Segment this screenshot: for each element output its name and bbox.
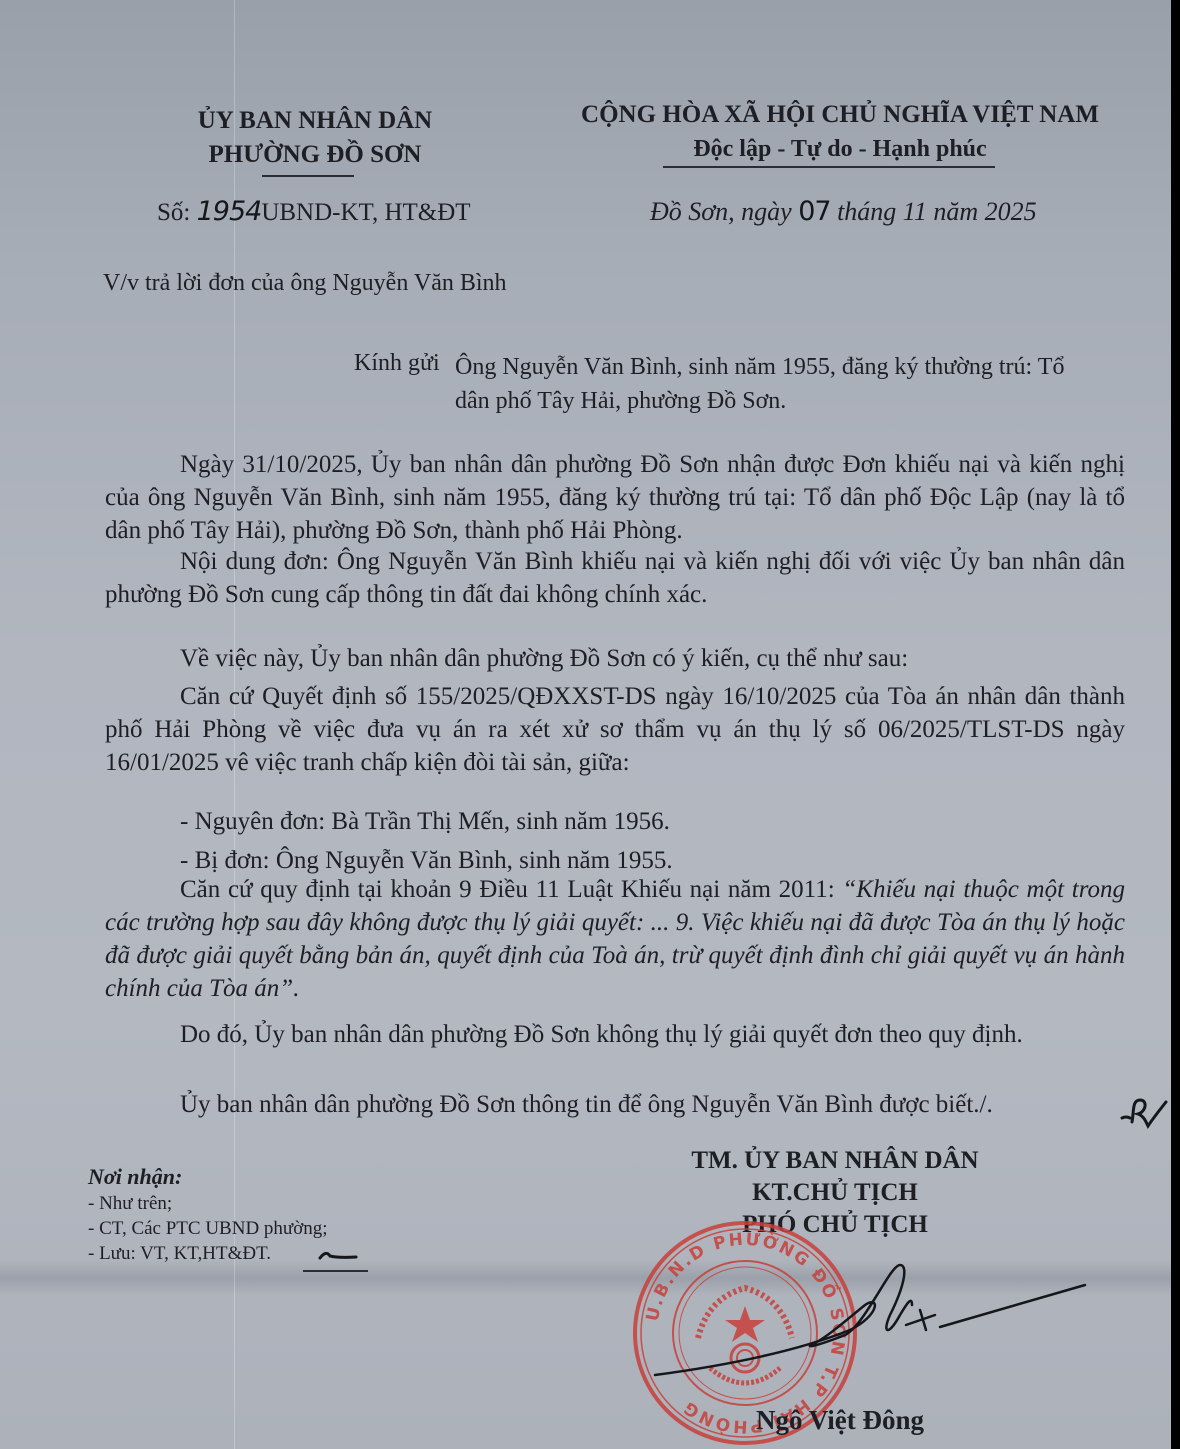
- receivers-title: Nơi nhận:: [88, 1163, 328, 1191]
- handwritten-mark-icon: [318, 1248, 358, 1262]
- subject-line: V/v trả lời đơn của ông Nguyễn Văn Bình: [103, 270, 507, 297]
- place-date-suffix: tháng 11 năm 2025: [831, 197, 1037, 226]
- nation-line-1: CỘNG HÒA XÃ HỘI CHỦ NGHĨA VIỆT NAM: [560, 98, 1120, 132]
- signer-name: Ngô Việt Đông: [700, 1405, 980, 1436]
- handwritten-signature-icon: [650, 1255, 1090, 1395]
- recipient-text: Ông Nguyễn Văn Bình, sinh năm 1955, đăng…: [455, 350, 1075, 418]
- day-handwritten: 07: [798, 196, 830, 227]
- paragraph-court-decision: Căn cứ Quyết định số 155/2025/QĐXXST-DS …: [105, 680, 1125, 779]
- defendant-line: - Bị đơn: Ông Nguyễn Văn Bình, sinh năm …: [180, 847, 673, 875]
- receiver-item: - CT, Các PTC UBND phường;: [88, 1216, 328, 1241]
- receivers-block: Nơi nhận: - Như trên; - CT, Các PTC UBND…: [88, 1163, 328, 1266]
- paragraph-receipt: Ngày 31/10/2025, Ủy ban nhân dân phường …: [105, 448, 1125, 547]
- org-line-1: ỦY BAN NHÂN DÂN: [150, 104, 480, 138]
- nation-motto: Độc lập - Tự do - Hạnh phúc: [560, 132, 1120, 166]
- document-number: Số: 1954UBND-KT, HT&ĐT: [157, 196, 471, 227]
- receiver-item: - Lưu: VT, KT,HT&ĐT.: [88, 1241, 328, 1266]
- doc-number-prefix: Số:: [157, 199, 197, 226]
- org-underline: [262, 175, 354, 177]
- issuing-authority: ỦY BAN NHÂN DÂN PHƯỜNG ĐỒ SƠN: [150, 104, 480, 172]
- plaintiff-line: - Nguyên đơn: Bà Trần Thị Mến, sinh năm …: [180, 808, 670, 836]
- national-heading: CỘNG HÒA XÃ HỘI CHỦ NGHĨA VIỆT NAM Độc l…: [560, 98, 1120, 166]
- document-page: ỦY BAN NHÂN DÂN PHƯỜNG ĐỒ SƠN CỘNG HÒA X…: [0, 0, 1171, 1449]
- org-line-2: PHƯỜNG ĐỒ SƠN: [150, 138, 480, 172]
- receiver-item: - Như trên;: [88, 1191, 328, 1216]
- paragraph-legal-basis: Căn cứ quy định tại khoản 9 Điều 11 Luật…: [105, 873, 1125, 1005]
- paragraph-opinion: Về việc này, Ủy ban nhân dân phường Đồ S…: [105, 642, 1125, 675]
- paragraph-conclusion: Do đó, Ủy ban nhân dân phường Đồ Sơn khô…: [105, 1018, 1125, 1051]
- sign-line-1: TM. ỦY BAN NHÂN DÂN: [640, 1145, 1030, 1177]
- doc-number-handwritten: 1954: [197, 196, 262, 227]
- motto-underline: [663, 166, 995, 168]
- place-date-prefix: Đồ Sơn, ngày: [650, 197, 798, 226]
- recipient-label: Kính gửi: [354, 350, 440, 377]
- sign-line-2: KT.CHỦ TỊCH: [640, 1177, 1030, 1209]
- receivers-underline: [303, 1270, 368, 1272]
- paragraph-notice: Ủy ban nhân dân phường Đồ Sơn thông tin …: [105, 1088, 1125, 1121]
- handwritten-initial-icon: [1118, 1088, 1168, 1132]
- paragraph-content: Nội dung đơn: Ông Nguyễn Văn Bình khiếu …: [105, 545, 1125, 611]
- doc-number-suffix: UBND-KT, HT&ĐT: [261, 199, 470, 226]
- place-and-date: Đồ Sơn, ngày 07 tháng 11 năm 2025: [650, 196, 1037, 227]
